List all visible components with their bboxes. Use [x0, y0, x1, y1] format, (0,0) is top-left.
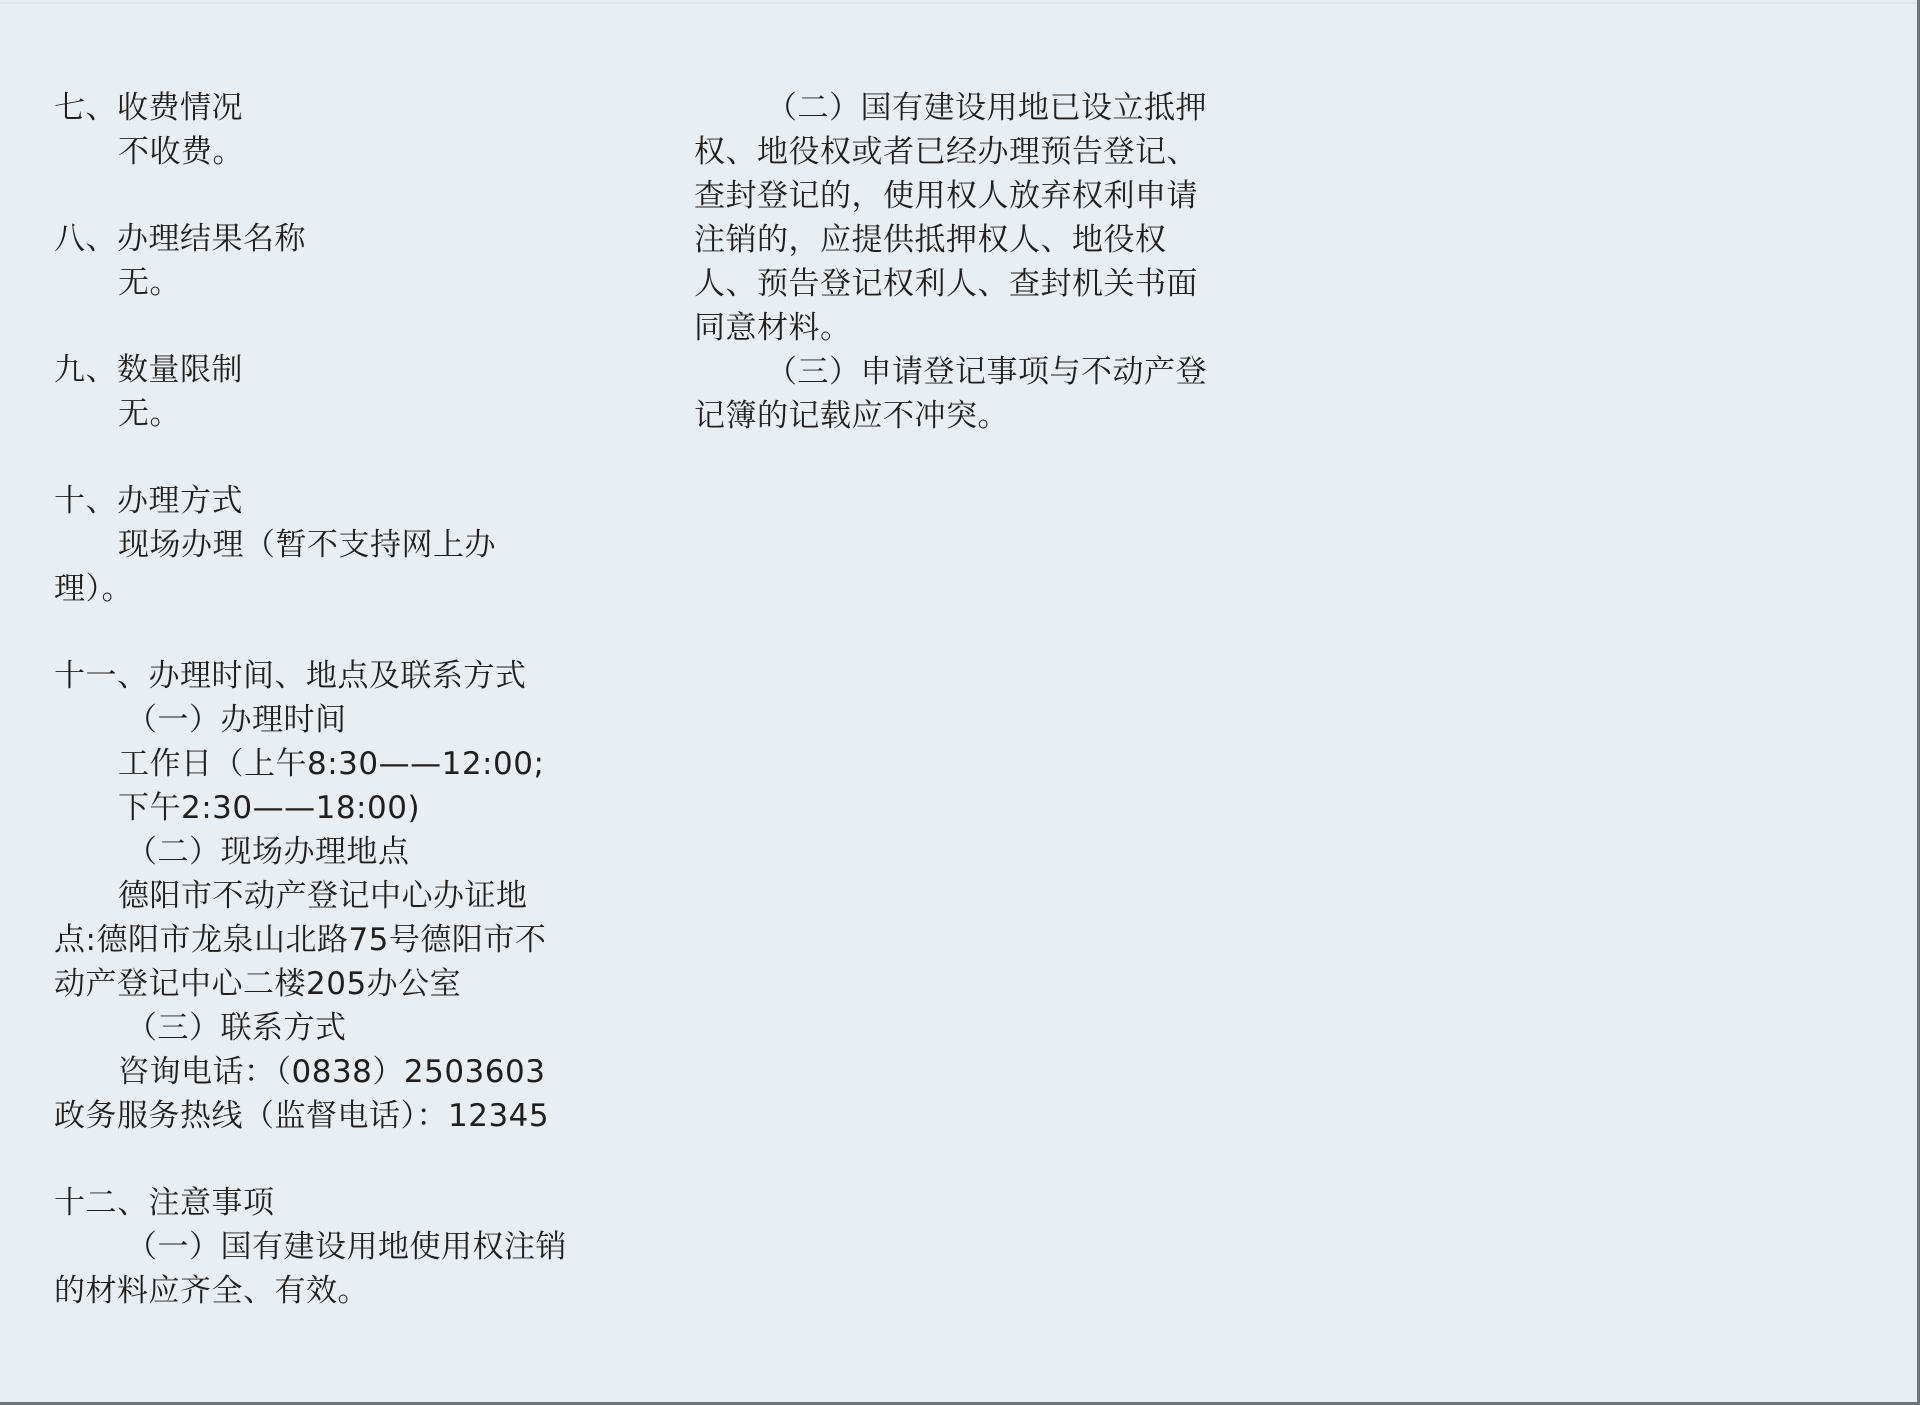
note-3-line2: 记簿的记载应不冲突。 [694, 394, 1234, 438]
contact-hotline: 政务服务热线（监督电话）：12345 [54, 1094, 594, 1138]
hours-line2: 下午2:30——18:00) [54, 786, 594, 830]
location-line1: 德阳市不动产登记中心办证地 [54, 874, 594, 918]
section-heading-method: 十、办理方式 [54, 479, 594, 523]
subheading-hours: （一）办理时间 [54, 698, 594, 742]
section-heading-time-place-contact: 十一、办理时间、地点及联系方式 [54, 654, 594, 698]
location-line3: 动产登记中心二楼205办公室 [54, 962, 594, 1006]
note-1-line1: （一）国有建设用地使用权注销 [54, 1225, 594, 1269]
note-2-line1: （二）国有建设用地已设立抵押 [694, 86, 1234, 130]
section-heading-fees: 七、收费情况 [54, 86, 594, 130]
subheading-contact: （三）联系方式 [54, 1006, 594, 1050]
section-heading-result-name: 八、办理结果名称 [54, 217, 594, 261]
note-1-line2: 的材料应齐全、有效。 [54, 1269, 594, 1313]
hours-line1: 工作日（上午8:30——12:00; [54, 742, 594, 786]
section-heading-quantity-limit: 九、数量限制 [54, 348, 594, 392]
location-line2: 点:德阳市龙泉山北路75号德阳市不 [54, 918, 594, 962]
section-body-method-line1: 现场办理（暂不支持网上办 [54, 523, 594, 567]
section-heading-notes: 十二、注意事项 [54, 1181, 594, 1225]
note-2-line5: 人、预告登记权利人、查封机关书面 [694, 262, 1234, 306]
right-column: （二）国有建设用地已设立抵押 权、地役权或者已经办理预告登记、 查封登记的，使用… [694, 86, 1234, 438]
top-divider [0, 2, 1917, 4]
left-column: 七、收费情况 不收费。 八、办理结果名称 无。 九、数量限制 无。 十、办理方式… [54, 86, 594, 1313]
section-body-quantity-limit: 无。 [54, 392, 594, 436]
note-2-line2: 权、地役权或者已经办理预告登记、 [694, 130, 1234, 174]
note-2-line4: 注销的，应提供抵押权人、地役权 [694, 218, 1234, 262]
note-2-line3: 查封登记的，使用权人放弃权利申请 [694, 174, 1234, 218]
subheading-location: （二）现场办理地点 [54, 830, 594, 874]
section-body-result-name: 无。 [54, 261, 594, 305]
note-2-line6: 同意材料。 [694, 306, 1234, 350]
section-body-method-line2: 理）。 [54, 567, 594, 611]
contact-phone: 咨询电话：（0838）2503603 [54, 1050, 594, 1094]
section-body-fees: 不收费。 [54, 130, 594, 174]
note-3-line1: （三）申请登记事项与不动产登 [694, 350, 1234, 394]
